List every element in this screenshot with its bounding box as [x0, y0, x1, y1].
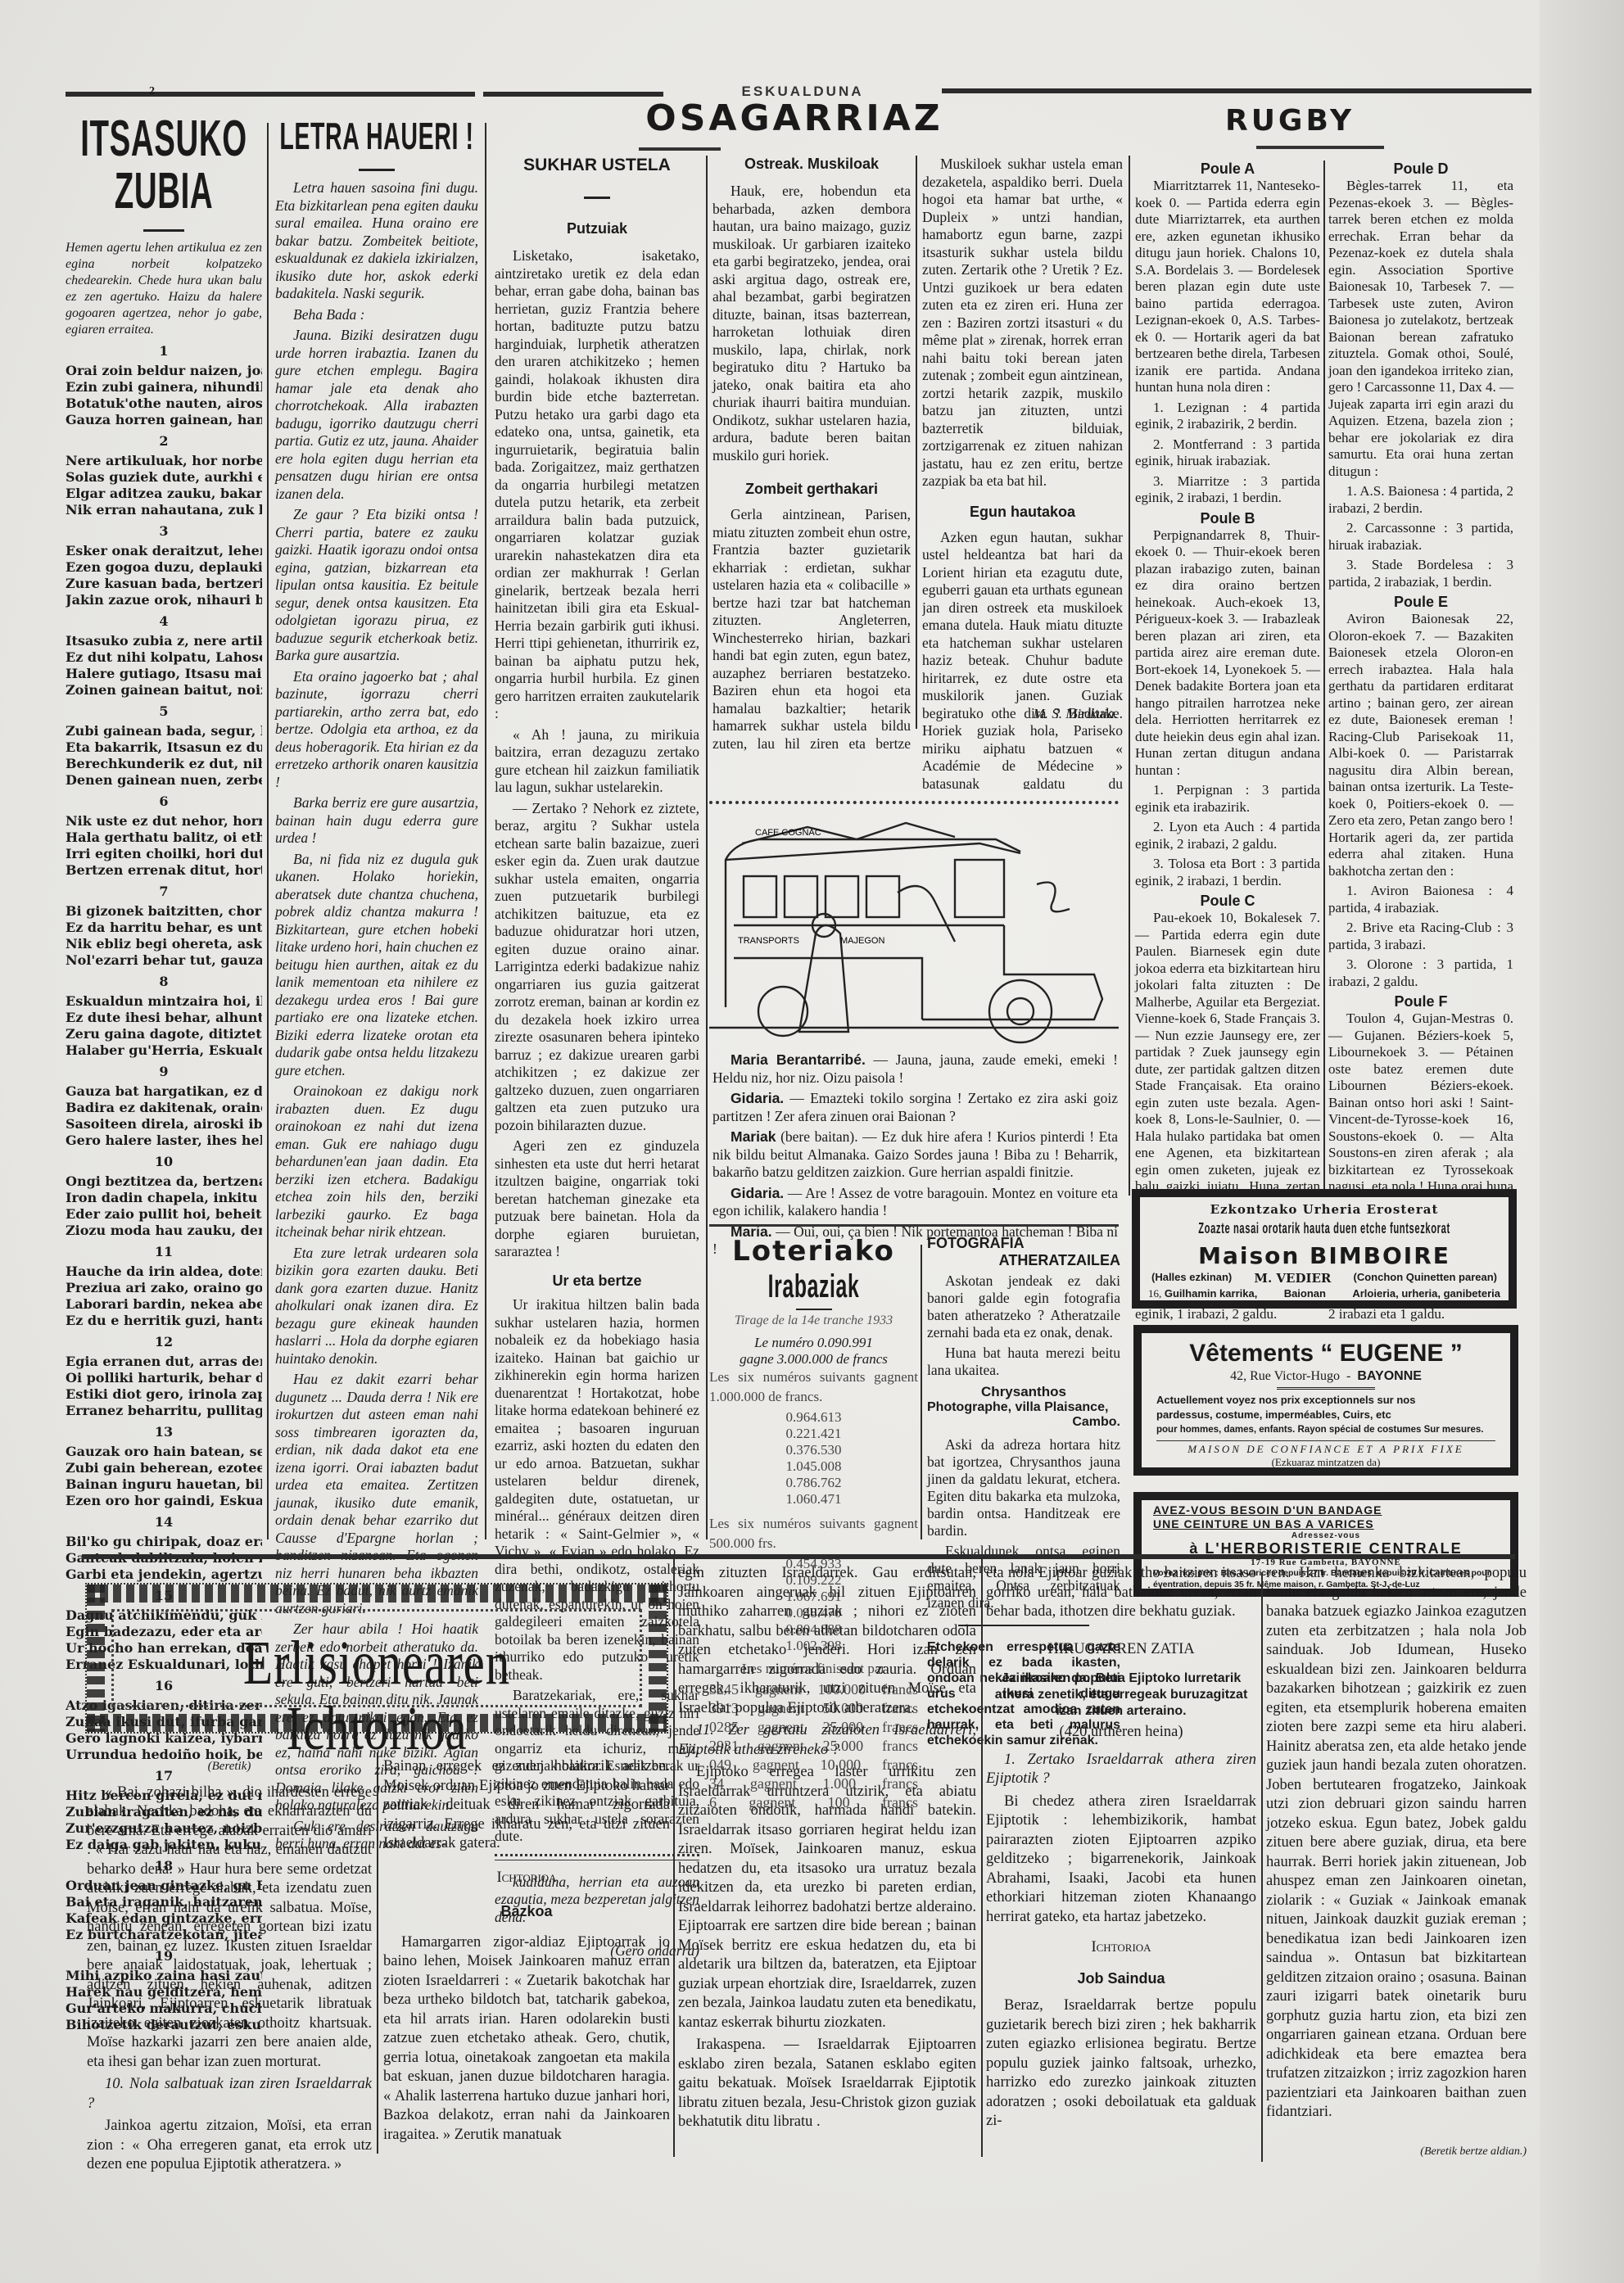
lottery-number: 0.964.613 — [709, 1409, 918, 1426]
stanza-number: 14 — [66, 1514, 262, 1530]
zombeit-paragraph: Gerla aintzinean, Parisen, miatu zituzte… — [712, 506, 911, 752]
sukhar-quote: « Ah ! jauna, zu mirikuia baitzira, erra… — [495, 726, 699, 797]
erlisionea-q11: 11. Zer gertatu zitzaioten Israeldarreri… — [678, 1721, 976, 1760]
cartoon-rule — [709, 801, 1119, 806]
letra-beha: Beha Bada : — [275, 306, 478, 324]
erlisionea-col4-text: Bi chedez athera ziren Israeldarrak Ejip… — [986, 1792, 1256, 1928]
ad-eugene-motto: MAISON DE CONFIANCE ET A PRIX FIXE — [1142, 1443, 1510, 1456]
erlisionea-col4b-text: Beraz, Israeldarrak bertze populu guziet… — [986, 1996, 1256, 2132]
column-divider — [706, 156, 708, 1539]
stanza-line: Eder zaio pullit hoi, beheiti jantzia — [66, 1206, 262, 1223]
itsasuko-title: ITSASUKO ZUBIA — [65, 113, 263, 218]
erlisionea-years: (420 urtheren heina) — [986, 1723, 1256, 1743]
poule-body: Aviron Baionesak 22, Oloron-ekoek 7. — B… — [1328, 611, 1513, 990]
ad-herbo-line1: AVEZ-VOUS BESOIN D'UN BANDAGE — [1153, 1503, 1510, 1517]
poule-text: Bègles-tarrek 11, eta Pezenas-ekoek 3. —… — [1328, 178, 1513, 480]
title-rule — [639, 147, 721, 151]
page-number: 2 — [149, 85, 155, 98]
letra-paragraph: Ba, ni fida niz ez dugula guk ukanen. Ho… — [275, 851, 478, 1080]
fotografia-p3: Aski da adreza hortara hitz bat igortzea… — [927, 1436, 1120, 1539]
poule-text: Pau-ekoek 10, Bokalesek 7. — Partida ede… — [1135, 910, 1320, 1212]
stanza-line: Gauza horren gainean, handi dut bel-[dur… — [66, 412, 262, 428]
letra-paragraph: Barka berriz ere gure ausartzia, bainan … — [275, 794, 478, 848]
loteria-tirage: Tirage de la 14e tranche 1933 — [709, 1313, 918, 1328]
osagarriaz-title: OSAGARRIAZ — [573, 97, 1016, 141]
loteria-six-1: Les six numéros suivants gagnent 1.000.0… — [709, 1368, 918, 1406]
bus-label-transports: TRANSPORTS — [738, 936, 799, 946]
stanza-number: 3 — [66, 523, 262, 540]
poule-ranking: 3. Stade Bordelesa : 3 partida, 2 irabaz… — [1328, 557, 1513, 590]
zombeit-text: Gerla aintzinean, Parisen, miatu zituzte… — [712, 506, 911, 752]
erlisionea-banner: Erlisionearen Ichtorioa — [85, 1583, 668, 1734]
egun-column: Muskiloek sukhar ustela eman dezaketela,… — [922, 156, 1123, 789]
erlisionea-ichtorioa: Ichtorioa — [383, 1869, 670, 1888]
erlisionea-q10: 10. Nola salbatuak izan ziren Israeldarr… — [87, 2075, 372, 2113]
egun-signature: M. S. Mirikuia. — [1034, 706, 1118, 722]
stanza-line: Jakin zazue orok, nihauri behatzen. — [66, 592, 262, 608]
dialogue-speaker: Maria Berantarribé. — [731, 1051, 866, 1068]
rugby-column-2: Poule DBègles-tarrek 11, eta Pezenas-eko… — [1328, 160, 1513, 1326]
stanza-line: Denen gainean nuen, zerbeit erran gogo. — [66, 772, 262, 789]
stanza-line: Hala gerthatu balitz, oi ethoi barkhatu — [66, 830, 262, 846]
poule-body: Miarritztarrek 11, Nanteseko-koek 0. — P… — [1135, 178, 1320, 507]
stanza-line: Bil'ko gu chiripak, doaz erasian — [66, 1534, 262, 1550]
loteria-title-2: Irabaziak — [749, 1268, 878, 1305]
poule-ranking: 2. Brive eta Racing-Club : 3 partida, 3 … — [1328, 920, 1513, 953]
poule-heading: Poule E — [1328, 594, 1513, 611]
poule-heading: Poule B — [1135, 510, 1320, 527]
sukhar-closing: Ageri zen ez ginduzela sinhesten eta ust… — [495, 1137, 699, 1261]
stanza-line: Nik ebliz begi ohereta, aski da makurrik — [66, 936, 262, 952]
poule-ranking: 2. Lyon eta Auch : 4 partida eginik, 2 i… — [1135, 819, 1320, 852]
erlisionea-col2-top: Bainan erregek ez zuen holakorik aditzen… — [383, 1757, 670, 1854]
stanza-line: Ezen gogoa duzu, deplauki agertzen, — [66, 559, 262, 576]
ad-bimboire-addr-num: 16, — [1148, 1287, 1161, 1300]
bus-label-majegon: MAJEGON — [840, 936, 884, 946]
photographer-address-2: Cambo. — [927, 1415, 1120, 1430]
ad-bimboire-line2: Zoazte nasai orotarik hauta duen etche f… — [1172, 1220, 1477, 1237]
letra-paragraph: Eta oraino jagoerko bat ; ahal bazinute,… — [275, 668, 478, 792]
stanza-line: Oi polliki harturik, behar den ohala — [66, 1370, 262, 1386]
stanza-number: 7 — [66, 884, 262, 900]
stanza-line: Irri egiten choilki, hori dut hilhatu — [66, 846, 262, 862]
stanza-line: Preziua ari zako, oraino gotitzen — [66, 1280, 262, 1296]
erlisionea-col-5: ren. Han hemenka bizkitartean, populu it… — [1266, 1564, 1527, 2161]
stanza-line: Erranez beharritu, pullitago zela. — [66, 1403, 262, 1419]
sukhar-title: SUKHAR USTELA — [495, 156, 699, 175]
poule-ranking: 1. Perpignan : 3 partida eginik eta irab… — [1135, 782, 1320, 816]
stanza-line: Iron dadin chapela, inkitu handia — [66, 1190, 262, 1206]
ad-eugene-line1: Actuellement voyez nos prix exceptionnel… — [1156, 1393, 1495, 1408]
stanza-line: Ezen oro hor gaindi, Eskualdun baikira. — [66, 1493, 262, 1509]
photographer-name: Chrysanthos — [927, 1384, 1120, 1400]
erlisionea-title: Erlisionearen Ichtorioa — [151, 1630, 603, 1761]
column-divider — [1129, 156, 1130, 1196]
ad-bimboire: Ezkontzako Urheria Erosterat Zoazte nasa… — [1132, 1189, 1517, 1309]
dialogue-speaker: Gidaria. — [731, 1090, 784, 1106]
stanza-number: 4 — [66, 613, 262, 630]
loteria-main-2: gagne 3.000.000 de francs — [709, 1351, 918, 1368]
letra-paragraph: Orainokoan ez dakigu nork irabazten duen… — [275, 1083, 478, 1241]
fotografia-p1: Askotan jendeak ez daki banori galde egi… — [927, 1273, 1120, 1341]
poule-heading: Poule D — [1328, 160, 1513, 178]
ur-title: Ur eta bertze — [495, 1273, 699, 1291]
column-divider — [377, 1752, 378, 2154]
section-divider — [82, 1554, 1515, 1559]
letra-paragraphs: Jauna. Biziki desiratzen dugu urde horre… — [275, 327, 478, 1617]
stanza-line: Nere artikuluak, hor norbeit kolpatu — [66, 453, 262, 469]
lottery-number: 0.376.530 — [709, 1442, 918, 1458]
poule-heading: Poule F — [1328, 993, 1513, 1010]
zombeit-title: Zombeit gerthakari — [712, 481, 911, 498]
loteria-six-1-numbers: 0.964.6130.221.4210.376.5301.045.0080.78… — [709, 1409, 918, 1508]
erlisionea-beretik: (Beretik) — [87, 1757, 372, 1777]
erlisionea-job: Job Saindua — [986, 1969, 1256, 1989]
poule-text: Miarritztarrek 11, Nanteseko-koek 0. — P… — [1135, 178, 1320, 396]
stanza-line: Gauzak oro hain batean, segur eder dira — [66, 1444, 262, 1460]
cartoon-dialogue: Maria Berantarribé. — Jauna, jauna, zaud… — [712, 1051, 1118, 1262]
ad-bimboire-left: (Halles ezkinan) — [1151, 1271, 1232, 1286]
fotografia-p2: Huna bat hauta merezi beitu lana ukaitea… — [927, 1345, 1120, 1379]
section-rule — [709, 1224, 1119, 1227]
erlisionea-q1: 1. Zertako Israeldarrak athera ziren Eji… — [986, 1751, 1256, 1789]
stanza-line: Solas guziek dute, aurkhi et'ifrentsu — [66, 469, 262, 486]
column-divider — [267, 123, 269, 1539]
stanza-line: Bainan inguru hauetan, bildukie gira — [66, 1476, 262, 1493]
stanza-line: Nik uste ez dut nehor, horrekin men-[rat… — [66, 813, 262, 830]
title-rule — [359, 169, 395, 171]
erlisionea-col5-text: ren. Han hemenka bizkitartean, populu it… — [1266, 1564, 1527, 2123]
ad-bimboire-name: Maison BIMBOIRE — [1140, 1242, 1509, 1269]
sukhar-subtitle: Putzuiak — [495, 220, 699, 237]
ad-eugene: Vêtements “ EUGENE ” 42, Rue Victor-Hugo… — [1133, 1325, 1518, 1476]
letra-paragraph: Ze gaur ? Eta biziki ontsa ! Cherri part… — [275, 506, 478, 665]
loteria-title-1: Loteriako — [709, 1235, 918, 1268]
fotografia-body: Askotan jendeak ez daki banori galde egi… — [927, 1273, 1120, 1379]
ad-herbo-adressez: Adressez-vous — [1142, 1531, 1510, 1540]
stanza-line: Zubi gainean bada, segur, herri frango — [66, 723, 262, 739]
ostreak-title: Ostreak. Muskiloak — [712, 156, 911, 173]
stanza-line: Berechkunderik ez dut, nihoiz egin gogo — [66, 756, 262, 772]
ad-eugene-basque: (Ezkuaraz mintzatzen da) — [1142, 1456, 1510, 1469]
fotografia-title-2: ATHERATZAILEA — [927, 1252, 1120, 1269]
ostreak-text: Hauk, ere, hobendun eta beharbada, azken… — [712, 183, 911, 464]
stanza-line: Zeru gaina dagote, ditiztet izarrek — [66, 1026, 262, 1042]
loteria-six-2: Les six numéros suivants gagnent 500.000… — [709, 1514, 918, 1553]
stanza-line: Halaber gu'Herria, Eskualdun solasek. — [66, 1042, 262, 1059]
column-divider — [916, 156, 917, 729]
ad-bimboire-street: Guilhamin karrika, — [1165, 1287, 1257, 1300]
dialogue-line: Gidaria. — Are ! Assez de votre baragoui… — [712, 1185, 1118, 1220]
newspaper-page: 2 ESKUALDUNA ITSASUKO ZUBIA Hemen agertu… — [0, 0, 1624, 2283]
stanza-number: 10 — [66, 1154, 262, 1170]
stanza-line: Nol'ezarri behar tut, gauzak argiturik. — [66, 952, 262, 969]
ad-eugene-city: BAYONNE — [1357, 1369, 1422, 1383]
masthead-rule-left — [66, 92, 475, 97]
erlisionea-col1-text: « Bai, zohazi bilha », dio ihardesten er… — [87, 1783, 372, 2073]
stanza-number: 11 — [66, 1244, 262, 1260]
title-rule — [796, 1309, 832, 1310]
erlisionea-col1-end: Jainkoa agertu zitzaion, Moïsi, eta erra… — [87, 2117, 372, 2175]
stanza-line: Itsasuko zubia z, nere artikulia — [66, 633, 262, 649]
letra-paragraph: Eta zure letrak urdearen sola bizikin go… — [275, 1245, 478, 1368]
stanza-number: 13 — [66, 1424, 262, 1440]
poule-text: Aviron Baionesak 22, Oloron-ekoek 7. — B… — [1328, 611, 1513, 879]
ad-bimboire-owner: M. VEDIER — [1254, 1271, 1331, 1286]
dialogue-speaker: Mariak — [731, 1128, 776, 1145]
ad-eugene-line3: pour hommes, dames, enfants. Rayon spéci… — [1156, 1422, 1495, 1437]
erlisionea-part-sub: Jainkoaren populua Ejiptoko lurretarik a… — [986, 1670, 1256, 1720]
stanza-line: Eskualdun mintzaira hoi, ikasi dutenek — [66, 993, 262, 1010]
poule-ranking: 2. Carcassonne : 3 partida, hiruak iraba… — [1328, 520, 1513, 554]
letra-intro: Letra hauen sasoina fini dugu. Eta bizki… — [275, 179, 478, 303]
erlisionea-col3b-text: Ejiptoko erregea laster urrikitu zen Isr… — [678, 1763, 976, 2032]
dialogue-line: Maria Berantarribé. — Jauna, jauna, zaud… — [712, 1051, 1118, 1087]
poule-heading: Poule C — [1135, 893, 1320, 910]
stanza-line: Ez dut nihi kolpatu, Lahoso herria — [66, 649, 262, 666]
egun-title: Egun hautakoa — [922, 504, 1123, 521]
poule-text: Perpignandarrek 8, Thuir-ekoek 0. — Thui… — [1135, 527, 1320, 780]
stanza-line: Halere gutiago, Itsasu maitia — [66, 666, 262, 682]
sukhar-reply: — Zertako ? Nehork ez ziztete, beraz, ar… — [495, 800, 699, 1135]
title-rule — [584, 197, 610, 199]
poule-body: Perpignandarrek 8, Thuir-ekoek 0. — Thui… — [1135, 527, 1320, 890]
poule-text: Toulon 4, Gujan-Mestras 0. — Gujanen. Bé… — [1328, 1010, 1513, 1212]
bus-label-cafe: CAFE COGNAC — [755, 828, 821, 838]
stanza-line: Gauza bat hargatikan, ez dut nik gor-[de… — [66, 1083, 262, 1100]
ad-eugene-line2: pardessus, costume, imperméables, Cuirs,… — [1156, 1408, 1495, 1422]
stanza-number: 5 — [66, 703, 262, 720]
ad-eugene-address: 42, Rue Victor-Hugo — [1230, 1369, 1340, 1383]
stanza-number: 9 — [66, 1064, 262, 1080]
stanza-line: Bertzen errenak ditut, hortako aiphatu. — [66, 862, 262, 879]
rugby-title: RUGBY — [1179, 103, 1400, 139]
ad-eugene-name: Vêtements “ EUGENE ” — [1142, 1340, 1510, 1368]
stanza-line: Garbi eta jendekin, agertzu mundian. — [66, 1566, 262, 1583]
stanza-line: Bi gizonek baitzitten, chorta bat edanik — [66, 903, 262, 920]
poule-ranking: 3. Tolosa eta Bort : 3 partida eginik, 2… — [1135, 856, 1320, 889]
muskiloek-text: Muskiloek sukhar ustela eman dezaketela,… — [922, 156, 1123, 491]
itsasuko-intro: Hemen agertu lehen artikulua ez zen egin… — [66, 240, 262, 338]
poule-ranking: 1. Lezignan : 4 partida eginik, 2 irabaz… — [1135, 400, 1320, 433]
column-divider — [1323, 160, 1325, 1200]
stanza-line: Estiki diot gero, irinola zapala — [66, 1386, 262, 1403]
stanza-line: Zoinen gainean baitut, noizbenka bizia. — [66, 682, 262, 698]
ad-bimboire-line1: Ezkontzako Urheria Erosterat — [1140, 1202, 1509, 1217]
poule-ranking: 1. A.S. Baionesa : 4 partida, 2 irabazi,… — [1328, 483, 1513, 517]
dialogue-line: Gidaria. — Emazteki tokilo sorgina ! Zer… — [712, 1090, 1118, 1125]
loteria-main-1: Le numéro 0.090.991 — [709, 1335, 918, 1351]
erlisionea-col4-top: eta nola Ejiptoar guziak itho baitziren … — [986, 1564, 1256, 1622]
poule-ranking: 1. Aviron Baionesa : 4 partida, 4 irabaz… — [1328, 883, 1513, 916]
stanza-line: Ziozu moda hau zauku, denen erregia. — [66, 1223, 262, 1239]
lottery-number: 0.221.421 — [709, 1426, 918, 1442]
ad-herbo-line2: UNE CEINTURE UN BAS A VARICES — [1153, 1517, 1510, 1531]
stanza-line: Hauche da irin aldea, dotena emaiten — [66, 1264, 262, 1280]
stanza-line: Ongi beztitzea da, bertzenan guzia — [66, 1173, 262, 1190]
egun-text: Azken egun hautan, sukhar ustel heldeant… — [922, 529, 1123, 789]
poule-ranking: 3. Olorone : 3 partida, 1 irabazi, 2 gal… — [1328, 956, 1513, 990]
letra-paragraph: Jauna. Biziki desiratzen dugu urde horre… — [275, 327, 478, 503]
erlisionea-col-2: Bainan erregek ez zuen holakorik aditzen… — [383, 1757, 670, 2148]
stanza-line: Nik erran nahautana, zuk behar hautatu. — [66, 502, 262, 518]
stanza-line: Ez da harritu behar, es unts'arizanik. — [66, 920, 262, 936]
stanza-line: Laborari bardin, nekea aberasten — [66, 1296, 262, 1313]
ostreak-column: Ostreak. Muskiloak Hauk, ere, hobendun e… — [712, 156, 911, 752]
erlisionea-col3-text: egin zituzten Israeldarrek. Gau erditsut… — [678, 1564, 976, 1718]
lottery-number: 0.786.762 — [709, 1475, 918, 1491]
title-rule — [1256, 146, 1384, 149]
stanza-number: 1 — [66, 343, 262, 359]
erlisionea-col-4: eta nola Ejiptoar guziak itho baitziren … — [986, 1564, 1256, 2135]
erlisionea-col2-text: Hamargarren zigor-aldiaz Ejiptoarrak jo … — [383, 1933, 670, 2145]
stanza-line: Gero halere laster, ihes hek urruntzen. — [66, 1132, 262, 1149]
stanza-number: 2 — [66, 433, 262, 450]
egun-paragraph: Azken egun hautan, sukhar ustel heldeant… — [922, 529, 1123, 789]
stanza-number: 12 — [66, 1334, 262, 1350]
ad-bimboire-city: Baionan — [1284, 1287, 1326, 1300]
ostreak-paragraph: Hauk, ere, hobendun eta beharbada, azken… — [712, 183, 911, 464]
title-rule — [143, 229, 184, 232]
stanza-line: Orai zoin beldur naizen, joaitean Itsa-[… — [66, 363, 262, 379]
dialogue-line: Mariak (bere baitan). — Ez duk hire afer… — [712, 1128, 1118, 1182]
lottery-number: 1.045.008 — [709, 1458, 918, 1475]
stanza-line: Esker onak deraitzut, lehenik bihurtzen — [66, 543, 262, 559]
stanza-line: Zubi gain beherean, ezoteetik bada, — [66, 1460, 262, 1476]
page-edge — [1540, 0, 1624, 2283]
erlisionea-col-1: (Beretik) « Bai, zohazi bilha », dio iha… — [87, 1757, 372, 2178]
rugby-column-1: Poule AMiarritztarrek 11, Nanteseko-koek… — [1135, 160, 1320, 1326]
stanza-line: Ez dute ihesi behar, alhuntz erdarek — [66, 1010, 262, 1026]
column-divider — [485, 123, 486, 1539]
sukhar-text: Lisketako, isaketako, aintziretako ureti… — [495, 247, 699, 723]
poule-heading: Poule A — [1135, 160, 1320, 178]
cartoon-illustration: CAFE COGNAC TRANSPORTS MAJEGON — [709, 811, 1119, 1048]
letra-title: LETRA HAUERI ! — [278, 113, 476, 159]
erlisionea-col-3: egin zituzten Israeldarrek. Gau erditsut… — [678, 1564, 976, 2136]
erlisionea-irakaspena: Irakaspena. — Israeldarrak Ejiptoarren e… — [678, 2036, 976, 2132]
dialogue-speaker: Gidaria. — [731, 1185, 784, 1201]
stanza-line: Badira ez dakitenak, oraino beztitzen — [66, 1100, 262, 1116]
erlisionea-continued: (Beretik bertze aldian.) — [1266, 2142, 1527, 2162]
stanza-number: 8 — [66, 974, 262, 990]
stanza-line: Botatuk'othe nauten, airoski urera, — [66, 396, 262, 412]
stanza-line: Elgar aditzea zauku, bakarrik galdatu — [66, 486, 262, 502]
bus-illustration-icon: CAFE COGNAC TRANSPORTS MAJEGON — [709, 811, 1119, 1048]
erlisionea-hirugarren: HIRUGARREN ZATIA — [986, 1640, 1256, 1660]
column-divider — [921, 1245, 922, 1539]
stanza-line: Zure kasuan bada, bertzerik gerthatzen — [66, 576, 262, 592]
ad-bimboire-right: (Conchon Quinetten parean) — [1354, 1271, 1498, 1286]
poule-body: Bègles-tarrek 11, eta Pezenas-ekoek 3. —… — [1328, 178, 1513, 590]
letra-paragraph: Hau ez dakit ezarri behar dugunetz ... D… — [275, 1371, 478, 1617]
column-divider — [1261, 1572, 1263, 2162]
erlisionea-bazkoa: Bazkoa — [383, 1902, 670, 1922]
muskiloek-paragraph: Muskiloek sukhar ustela eman dezaketela,… — [922, 156, 1123, 491]
stanza-line: Ezin zubi gainera, nihundik mentura ; — [66, 379, 262, 396]
stanza-line: Sasoiteen direla, airoski ibiltzen — [66, 1116, 262, 1132]
photographer-address-1: Photographe, villa Plaisance, — [927, 1400, 1120, 1415]
masthead-rule-right — [942, 88, 1531, 93]
poule-ranking: 2. Montferrand : 3 partida eginik, hirua… — [1135, 436, 1320, 470]
stanza-line: Ez du e herritik guzi, hantaz nic ochoit… — [66, 1313, 262, 1329]
stanza-number: 6 — [66, 793, 262, 810]
ad-bimboire-trades: Arloieria, urheria, ganibeteria — [1352, 1287, 1500, 1300]
erlisionea-ichtorioa-2: Ichtorioa — [986, 1938, 1256, 1958]
column-divider — [673, 1559, 675, 2157]
lottery-number: 1.060.471 — [709, 1491, 918, 1508]
stanza-line: Egia erranen dut, arras den bezala. — [66, 1354, 262, 1370]
column-divider — [981, 1559, 983, 2157]
poule-ranking: 3. Miarritze : 3 partida eginik, 2 iraba… — [1135, 473, 1320, 507]
stanza-line: Eta bakarrik, Itsasun ez dut aipatuko — [66, 739, 262, 756]
fotografia-title-1: FOTOGRAFIA — [927, 1235, 1120, 1252]
